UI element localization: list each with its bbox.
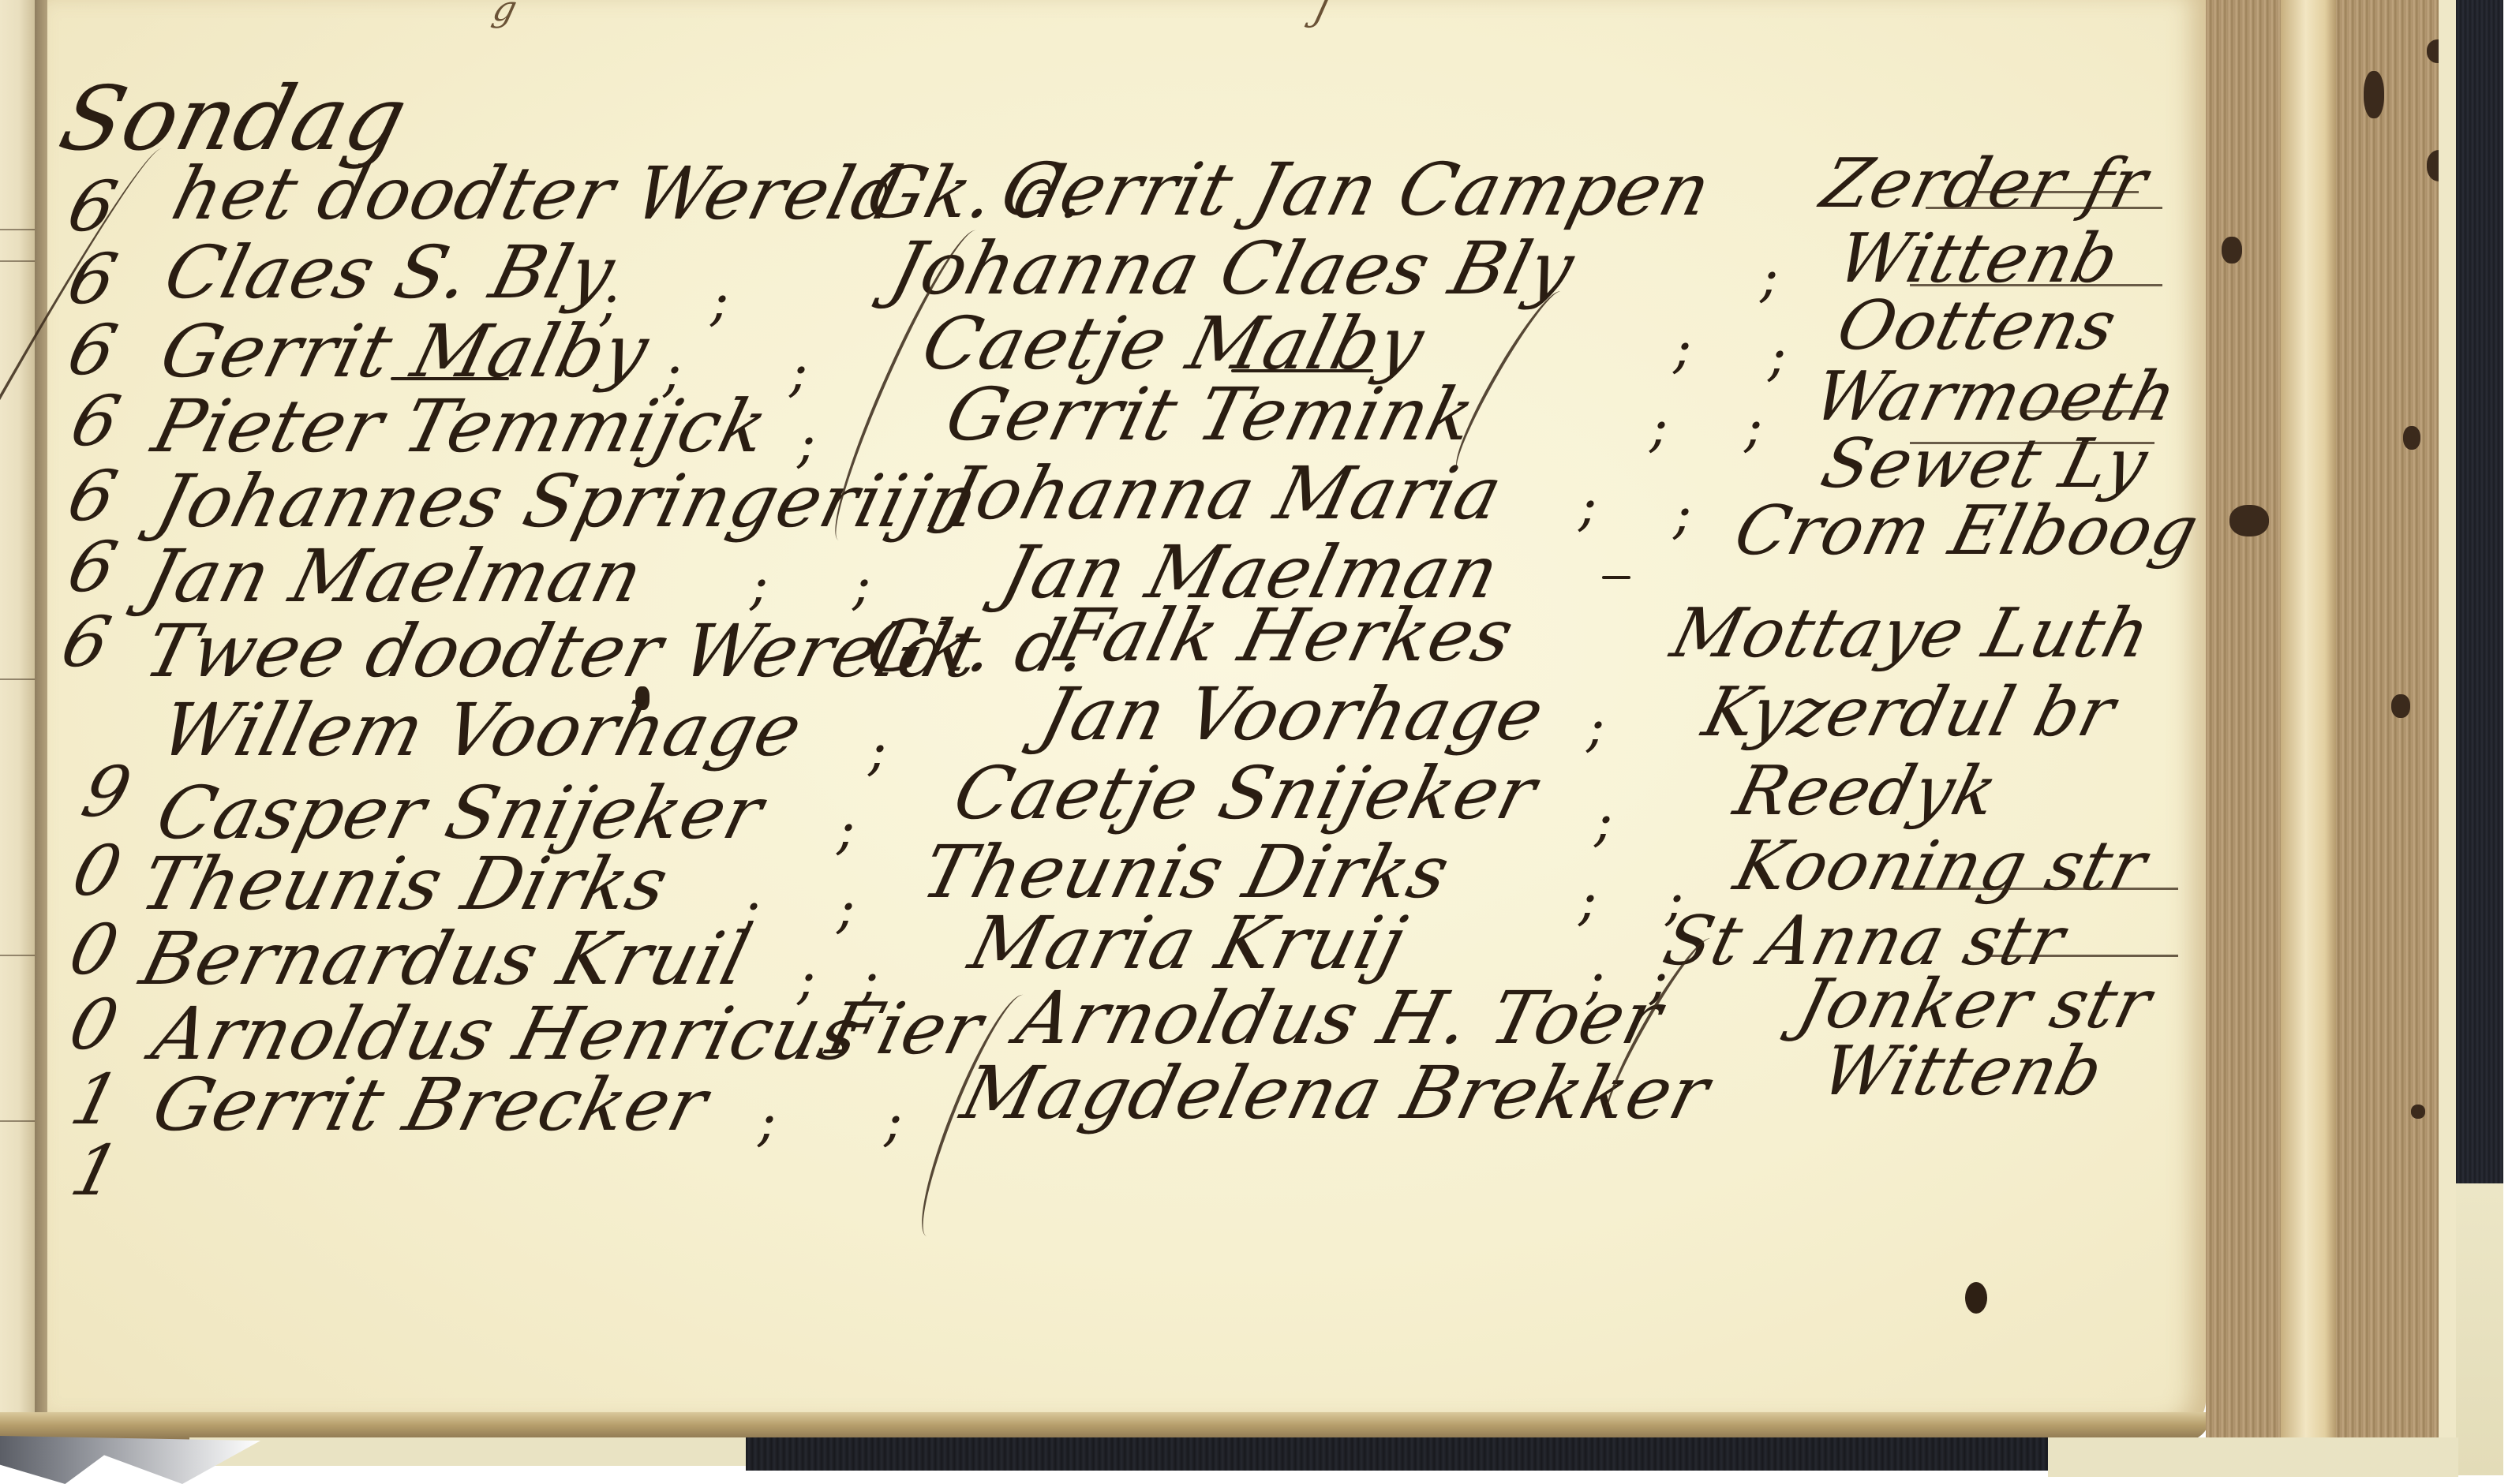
ditto-mark: ; — [1673, 316, 1692, 380]
ditto-mark: ; — [868, 718, 887, 783]
place: Reedyk — [1728, 757, 2005, 825]
place: Sewet Ly — [1815, 430, 2154, 498]
ditto-mark: ; — [1594, 789, 1613, 854]
page-fore-edge — [2206, 0, 2458, 1452]
cover-board-edge — [2439, 0, 2456, 1475]
place: Crom Elboog — [1728, 497, 2205, 565]
ditto-mark: ; — [1578, 868, 1597, 933]
line-strike — [1973, 191, 2139, 193]
place: Kooning str — [1728, 832, 2153, 900]
ditto-mark: ; — [710, 268, 729, 333]
ditto-mark: ; — [837, 797, 855, 862]
cover-cloth — [2456, 0, 2503, 1183]
left-name: Willem Voorhage — [154, 694, 809, 767]
foxing-spot — [2411, 1105, 2425, 1119]
right-name: Arnoldus H. Toer — [1010, 982, 1669, 1055]
place: Wittenb — [1815, 1037, 2110, 1105]
bottom-binding-cloth — [746, 1437, 2048, 1471]
foxing-spot — [2391, 694, 2410, 718]
fore-edge-highlight — [2281, 0, 2336, 1444]
cover-corner — [2456, 1183, 2503, 1475]
right-name: Gerrit Jan Campen — [994, 154, 1718, 226]
foxing-spot — [2364, 71, 2384, 118]
ruling-line — [0, 260, 35, 262]
cover-board-bottom-right — [2048, 1437, 2458, 1477]
right-name: Maria Kruij — [963, 907, 1413, 980]
left-name: Bernardus Kruil — [134, 923, 755, 996]
scan-artifact — [0, 1436, 260, 1484]
right-name: Gerrit Temink — [939, 379, 1482, 451]
right-name: Caetje Snijeker — [947, 757, 1544, 830]
place: Jonker str — [1791, 970, 2158, 1038]
foxing-spot — [2403, 426, 2420, 450]
left-name: Arnoldus Henricus — [146, 998, 867, 1071]
ruling-line — [0, 678, 35, 680]
place: Kyzerdul br — [1697, 678, 2122, 746]
ditto-mark: ; — [750, 552, 769, 617]
ditto-mark: ; — [1649, 394, 1668, 459]
left-name: het doodter Wereld — [166, 158, 909, 230]
place: Mottaye Luth — [1665, 600, 2157, 667]
ditto-mark: ; — [1768, 323, 1787, 388]
left-name: Pieter Temmijck — [146, 391, 775, 463]
place: Oottens — [1831, 292, 2123, 360]
ditto-mark: ; — [837, 876, 855, 940]
ink-blot — [1965, 1282, 1987, 1314]
ditto-mark: ; — [789, 339, 808, 404]
left-name: Twee doodter Wereldt — [138, 615, 987, 688]
ditto-mark: ; — [852, 552, 871, 617]
row-mark: Fier — [821, 994, 990, 1065]
right-name: Falk Herkes — [1050, 600, 1521, 672]
left-name: Claes S. Bly — [158, 237, 622, 309]
ruling-line — [0, 229, 35, 230]
page-bottom-edge — [0, 1412, 2210, 1441]
cover-board-bottom-left — [189, 1437, 746, 1466]
place: Warmoeth — [1807, 363, 2184, 431]
left-name: Theunis Dirks — [134, 848, 676, 921]
right-name: Theunis Dirks — [915, 836, 1457, 909]
left-name: Gerrit Brecker — [146, 1069, 714, 1142]
line-strike — [1894, 888, 2178, 890]
right-name: Magdelena Brekker — [955, 1057, 1716, 1130]
ditto-mark: ; — [1578, 473, 1597, 538]
right-name: Jan Voorhage — [1034, 678, 1551, 751]
ditto-mark: ; — [1673, 481, 1692, 546]
book-scan: g J Sondag 6 6 6 6 6 6 6 9 0 0 0 1 1 het… — [0, 0, 2512, 1484]
ditto-mark: ; — [1744, 394, 1763, 459]
line-strike — [1989, 955, 2178, 957]
ditto-mark: ; — [1760, 245, 1779, 309]
place: Wittenb — [1831, 225, 2125, 293]
ditto-mark: ; — [884, 1089, 903, 1153]
line-strike — [2020, 410, 2154, 413]
ditto-mark: ; — [758, 1089, 777, 1153]
name-underline — [391, 377, 509, 380]
dash-mark — [1602, 576, 1630, 579]
ditto-mark: ; — [1586, 694, 1605, 759]
left-name: Jan Maelman — [138, 540, 650, 613]
line-strike — [1910, 442, 2154, 444]
line-strike — [1926, 207, 2162, 209]
right-name: Johanna Maria — [939, 458, 1509, 530]
foxing-spot — [2222, 237, 2242, 264]
ruling-line — [0, 1120, 35, 1122]
day-heading: Sondag — [52, 75, 415, 163]
ruling-line — [0, 955, 35, 956]
foxing-spot — [2229, 505, 2269, 536]
left-name: Casper Snijeker — [150, 777, 770, 850]
line-strike — [1910, 284, 2162, 286]
